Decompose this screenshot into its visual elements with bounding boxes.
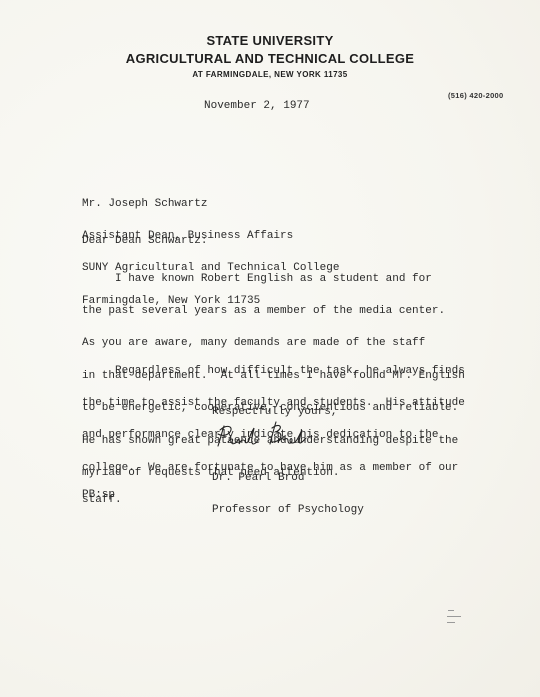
letterhead-phone: (516) 420-2000 (448, 91, 504, 100)
letter-date: November 2, 1977 (204, 101, 310, 112)
salutation: Dear Dean Schwartz: (82, 236, 207, 247)
recipient-name: Mr. Joseph Schwartz (82, 199, 339, 210)
letterhead-college: AGRICULTURAL AND TECHNICAL COLLEGE (0, 51, 540, 66)
letterhead-university: STATE UNIVERSITY (0, 33, 540, 48)
signer-name: Dr. Pearl Brod (212, 473, 364, 484)
handwritten-signature-icon (212, 420, 312, 452)
paper-specks (447, 608, 467, 628)
paragraph-line: I have known Robert English as a student… (82, 274, 465, 285)
paragraph-line: Regardless of how difficult the task, he… (82, 366, 465, 377)
closing: Respectfully yours, (212, 407, 337, 418)
signer-title: Professor of Psychology (212, 505, 364, 516)
speck (448, 610, 454, 611)
signature-block: Dr. Pearl Brod Professor of Psychology (212, 451, 364, 537)
paragraph-line: the past several years as a member of th… (82, 306, 465, 317)
letterhead-address: AT FARMINGDALE, NEW YORK 11735 (0, 70, 540, 79)
speck (447, 616, 461, 617)
reference-initials: PB:sp (82, 490, 115, 501)
speck (447, 622, 455, 623)
letter-page: STATE UNIVERSITY AGRICULTURAL AND TECHNI… (0, 0, 540, 697)
